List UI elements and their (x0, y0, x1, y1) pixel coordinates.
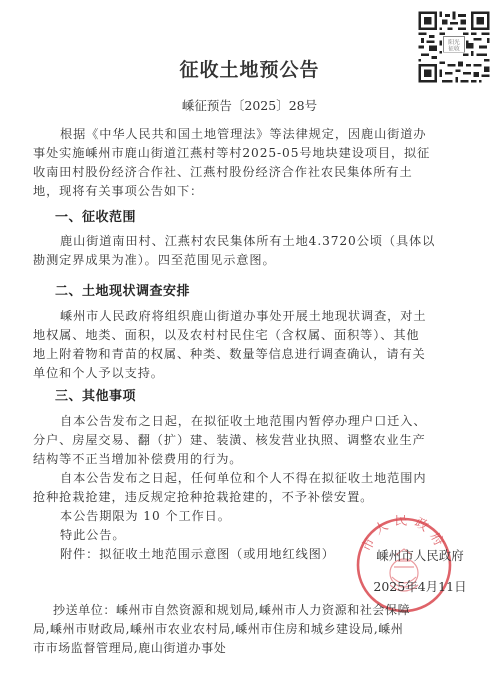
body-line: 自本公告发布之日起，任何单位和个人不得在拟征收土地范围内 (33, 469, 463, 488)
cc-line: 抄送单位：嵊州市自然资源和规划局,嵊州市人力资源和社会保障 (33, 601, 473, 620)
closing-text: 特此公告。 (33, 526, 463, 545)
section-heading-survey: 二、土地现状调查安排 (55, 280, 190, 299)
body-line: 分户、房屋交易、翻（扩）建、装潢、核发营业执照、调整农业生产 (33, 431, 463, 450)
intro-paragraph: 根据《中华人民共和国土地管理法》等法律规定，因鹿山街道办 事处实施嵊州市鹿山街道… (33, 125, 463, 201)
body-line: 鹿山街道南田村、江燕村农民集体所有土地4.3720公顷（具体以 (33, 232, 463, 251)
intro-line: 事处实施嵊州市鹿山街道江燕村等村2025-05号地块建设项目，拟征 (33, 144, 463, 163)
body-line: 结构等不正当增加补偿费用的行为。 (33, 450, 463, 469)
body-line: 勘测定界成果为准）。四至范围见示意图。 (33, 251, 463, 270)
body-line: 抢种抢栽抢建，违反规定抢种抢栽抢建的，不予补偿安置。 (33, 488, 463, 507)
document-title: 征收土地预公告 (0, 55, 499, 82)
body-line: 地权属、地类、面积，以及农村村民住宅（含权属、面积等）、其他 (33, 326, 463, 345)
body-line: 嵊州市人民政府将组织鹿山街道办事处开展土地现状调查，对土 (33, 307, 463, 326)
cc-line: 市市场监督管理局,鹿山街道办事处 (33, 639, 473, 658)
cc-list: 抄送单位：嵊州市自然资源和规划局,嵊州市人力资源和社会保障 局,嵊州市财政局,嵊… (33, 601, 473, 658)
body-line: 自本公告发布之日起，在拟征收土地范围内暂停办理户口迁入、 (33, 412, 463, 431)
section-heading-other: 三、其他事项 (55, 385, 136, 404)
issue-date: 2025年4月11日 (355, 577, 485, 595)
body-line: 单位和个人予以支持。 (33, 364, 463, 383)
section-scope-body: 鹿山街道南田村、江燕村农民集体所有土地4.3720公顷（具体以 勘测定界成果为准… (33, 232, 463, 270)
body-line: 地上附着物和青苗的权属、种类、数量等信息进行调查确认，请有关 (33, 345, 463, 364)
cc-line: 局,嵊州市财政局,嵊州市农业农村局,嵊州市住房和城乡建设局,嵊州 (33, 620, 473, 639)
document-number: 嵊征预告〔2025〕28号 (0, 96, 499, 114)
svg-text:阳光: 阳光 (448, 38, 460, 46)
section-heading-scope: 一、征收范围 (55, 206, 136, 225)
notice-period: 本公告期限为 10 个工作日。 (33, 507, 463, 526)
svg-text:征收: 征收 (448, 44, 460, 52)
intro-line: 根据《中华人民共和国土地管理法》等法律规定，因鹿山街道办 (33, 125, 463, 144)
section-other-body: 自本公告发布之日起，在拟征收土地范围内暂停办理户口迁入、 分户、房屋交易、翻（扩… (33, 412, 463, 564)
intro-line: 收南田村股份经济合作社、江燕村股份经济合作社农民集体所有土 (33, 163, 463, 182)
intro-line: 地，现将有关事项公告如下： (33, 182, 463, 201)
issuer-name: 嵊州市人民政府 (355, 546, 485, 564)
section-survey-body: 嵊州市人民政府将组织鹿山街道办事处开展土地现状调查，对土 地权属、地类、面积，以… (33, 307, 463, 383)
